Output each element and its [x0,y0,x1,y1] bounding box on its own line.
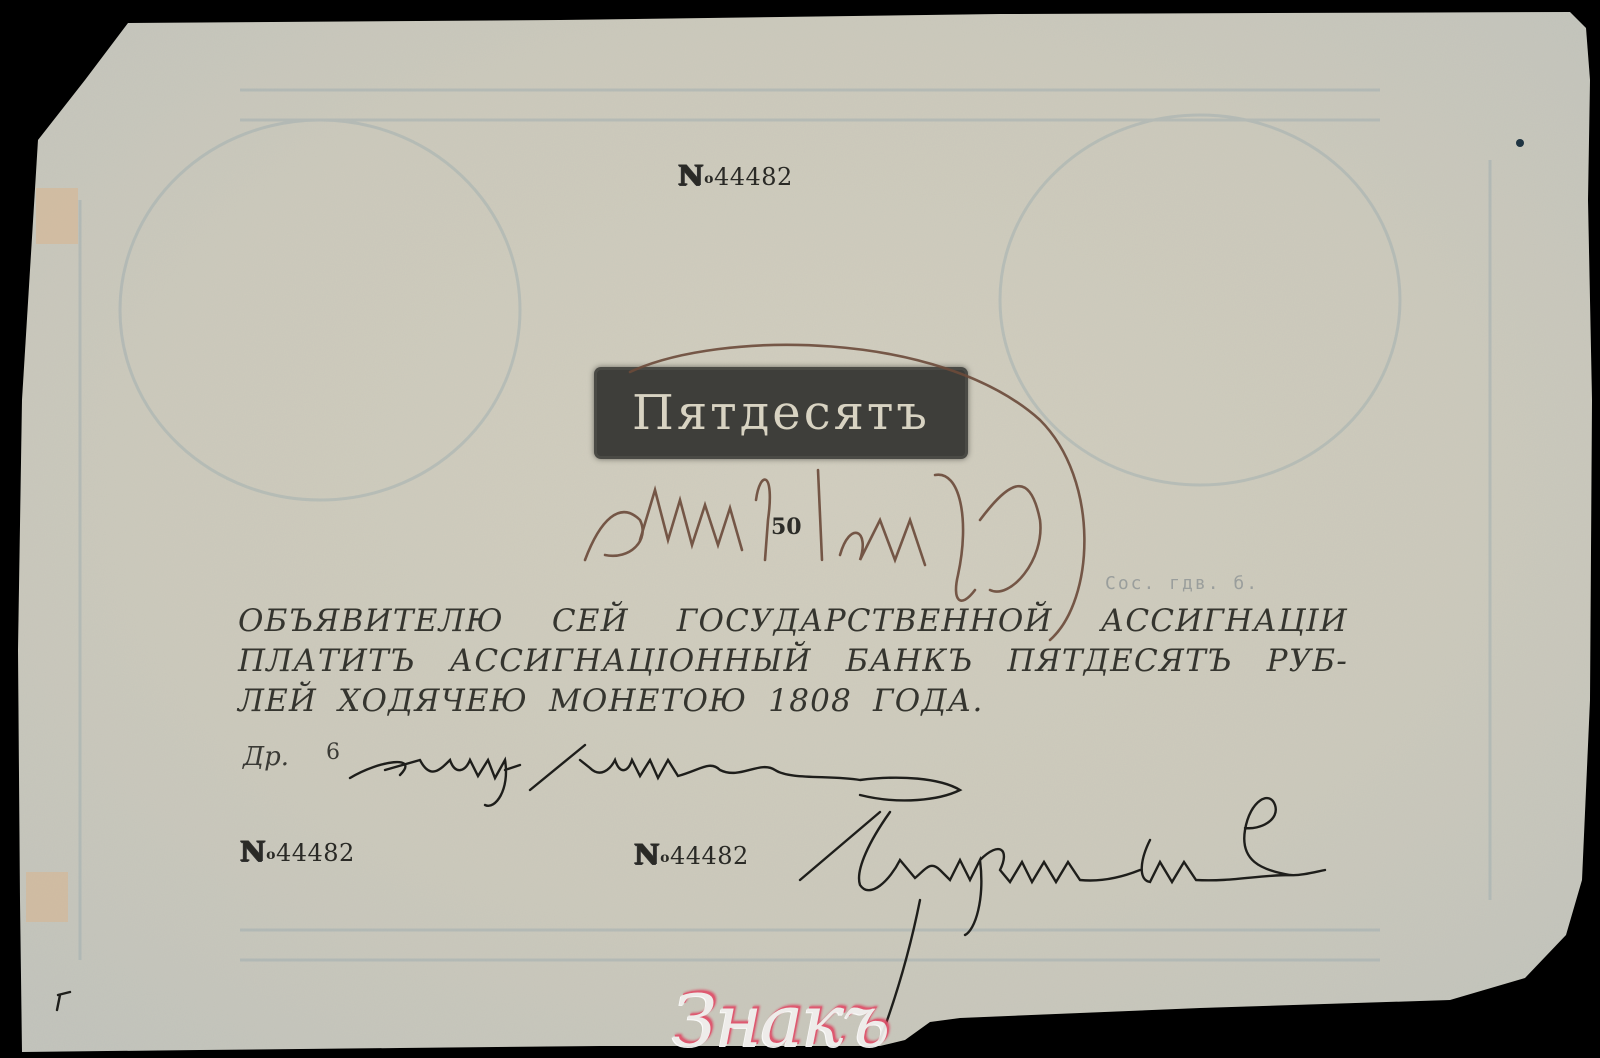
denomination-word: Пятдесятъ [632,389,930,437]
number-sign-o: o [266,847,276,863]
serial-digits: 44482 [670,842,749,870]
number-sign: N [634,838,660,871]
denomination-cartouche: Пятдесятъ [597,370,965,456]
serial-digits: 44482 [714,163,793,191]
number-sign: N [240,835,266,868]
faint-stamp-text: Сос. гдв. б. [1105,573,1259,594]
banknote-body-text: ОБЪЯВИТЕЛЮ СЕЙ ГОСУДАРСТВЕННОЙ АССИГНАЦІ… [238,601,1348,721]
dr-number: 6 [326,740,340,765]
small-value-50: 50 [771,514,802,540]
serial-number-bottom-left: No44482 [240,838,355,866]
serial-number-bottom-center: No44482 [634,841,749,869]
dr-label: Др. [243,742,289,772]
serial-number-top: No44482 [678,162,793,190]
serial-digits: 44482 [276,839,355,867]
znak-watermark-logo: Знакъ [672,985,888,1057]
body-line-2: ПЛАТИТЪ АССИГНАЦІОННЫЙ БАНКЪ ПЯТДЕСЯТЪ Р… [238,641,1348,681]
number-sign-o: o [660,850,670,866]
body-line-3: ЛЕЙ ХОДЯЧЕЮ МОНЕТОЮ 1808 ГОДА. [238,681,1348,721]
number-sign: N [678,159,704,192]
body-line-1: ОБЪЯВИТЕЛЮ СЕЙ ГОСУДАРСТВЕННОЙ АССИГНАЦІ… [238,601,1348,641]
number-sign-o: o [704,171,714,187]
banknote: No44482 Пятдесятъ 50 Сос. гдв. б. ОБЪЯВИ… [0,0,1600,1058]
